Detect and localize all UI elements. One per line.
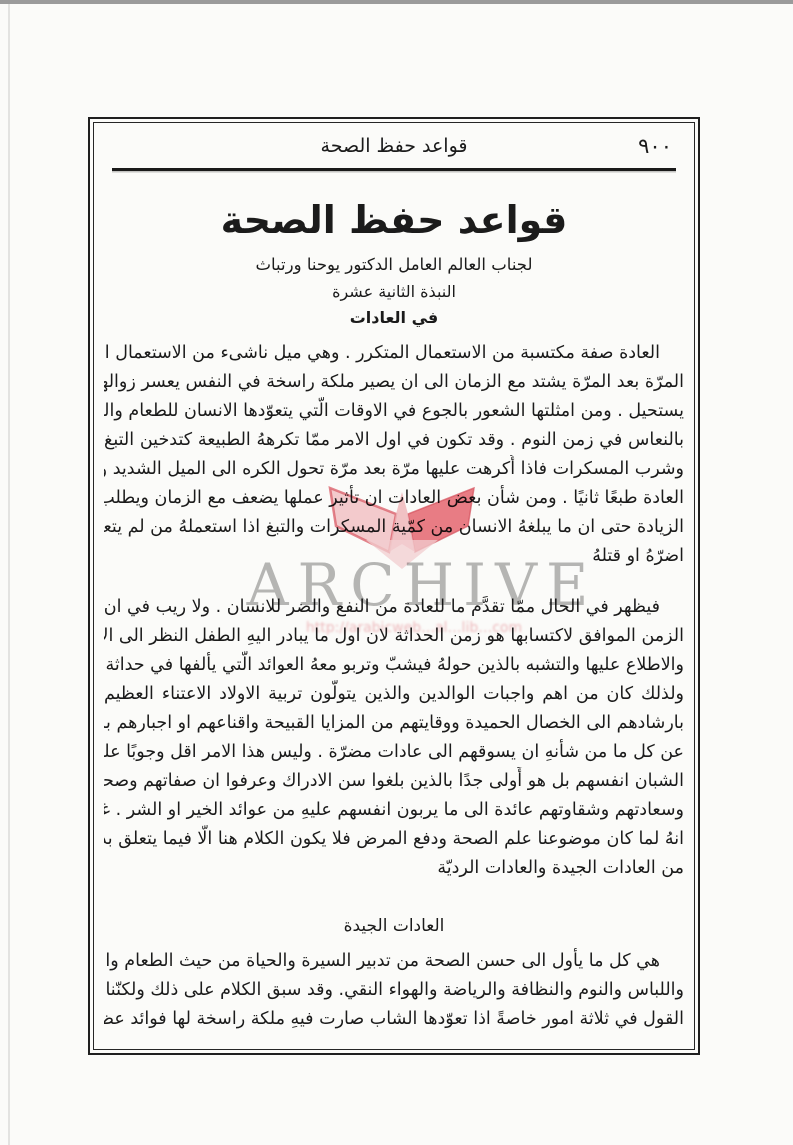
page-content-area: قواعد حفظ الصحة ٩٠٠ قواعد حفظ الصحة لجنا… — [93, 122, 695, 1050]
text-line: انهُ لما كان موضوعنا علم الصحة ودفع المر… — [104, 825, 684, 854]
paragraph-1: العادة صفة مكتسبة من الاستعمال المتكرر .… — [104, 339, 684, 571]
text-line: الزمن الموافق لاكتسابها هو زمن الحداثة ل… — [104, 622, 684, 651]
article-title: قواعد حفظ الصحة — [104, 193, 684, 247]
text-line: يستحيل . ومن امثلتها الشعور بالجوع في ال… — [104, 397, 684, 426]
paragraph-2: فيظهر في الحال ممّا تقدَّم ما للعادة من … — [104, 593, 684, 883]
text-line: العادة صفة مكتسبة من الاستعمال المتكرر .… — [104, 339, 684, 368]
scan-edge-top-bar — [0, 0, 793, 4]
scanned-book-page: قواعد حفظ الصحة ٩٠٠ قواعد حفظ الصحة لجنا… — [0, 0, 793, 1145]
text-line: القول في ثلاثة امور خاصةً اذا تعوّدها ال… — [104, 1005, 684, 1034]
series-title: النبذة الثانية عشرة — [104, 279, 684, 305]
text-line: هي كل ما يأُول الى حسن الصحة من تدبير ال… — [104, 947, 684, 976]
text-line: واللباس والنوم والنظافة والرياضة والهواء… — [104, 976, 684, 1005]
paragraph-3: هي كل ما يأُول الى حسن الصحة من تدبير ال… — [104, 947, 684, 1034]
text-line: والاطلاع عليها والتشبه بالذين حولهُ فيشب… — [104, 651, 684, 680]
text-line: المرّة بعد المرّة يشتد مع الزمان الى ان … — [104, 368, 684, 397]
text-line: بالنعاس في زمن النوم . وقد تكون في اول ا… — [104, 426, 684, 455]
text-line: عن كل ما من شأنهِ ان يسوقهم الى عادات مض… — [104, 738, 684, 767]
header-rule — [112, 168, 676, 171]
text-line: ولذلك كان من اهم واجبات الوالدين والذين … — [104, 680, 684, 709]
page-number: ٩٠٠ — [638, 129, 672, 163]
text-line: وشرب المسكرات فاذا أُكرهت عليها مرّة بعد… — [104, 455, 684, 484]
text-line: بارشادهم الى الخصال الحميدة ووقايتهم من … — [104, 709, 684, 738]
scan-edge-left-line — [8, 4, 10, 1145]
running-title: قواعد حفظ الصحة — [104, 129, 684, 163]
text-line: من العادات الجيدة والعادات الرديّة — [104, 854, 684, 883]
text-line: وسعادتهم وشقاوتهم عائدة الى ما يربون انف… — [104, 796, 684, 825]
text-line: العادة طبعًا ثانيًا . ومن شأن بعض العادا… — [104, 484, 684, 513]
text-line: الزيادة حتى ان ما يبلغهُ الانسان من كمّي… — [104, 513, 684, 542]
page-border-frame: قواعد حفظ الصحة ٩٠٠ قواعد حفظ الصحة لجنا… — [88, 117, 700, 1055]
chapter-title: في العادات — [104, 305, 684, 331]
text-line: فيظهر في الحال ممّا تقدَّم ما للعادة من … — [104, 593, 684, 622]
page-header: قواعد حفظ الصحة ٩٠٠ — [104, 129, 684, 165]
text-line: اضرّهُ او قتلهُ — [104, 542, 684, 571]
section-heading-good-habits: العادات الجيدة — [104, 913, 684, 939]
text-line: الشبان انفسهم بل هو أَولى جدًا بالذين بل… — [104, 767, 684, 796]
article-byline: لجناب العالم العامل الدكتور يوحنا ورتباث — [104, 251, 684, 279]
